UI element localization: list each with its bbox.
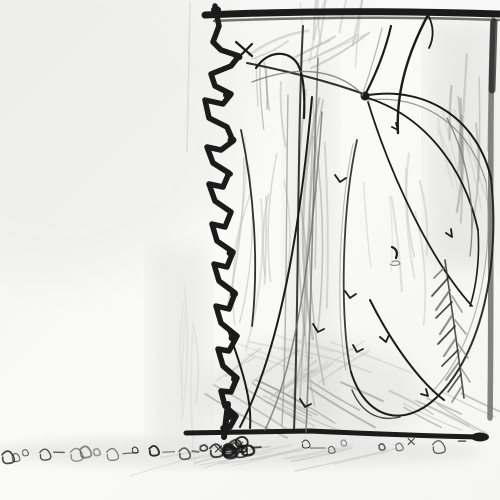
paper-grain-texture [0,0,500,500]
sketch-artwork [0,0,500,500]
sketch-page [0,0,500,500]
